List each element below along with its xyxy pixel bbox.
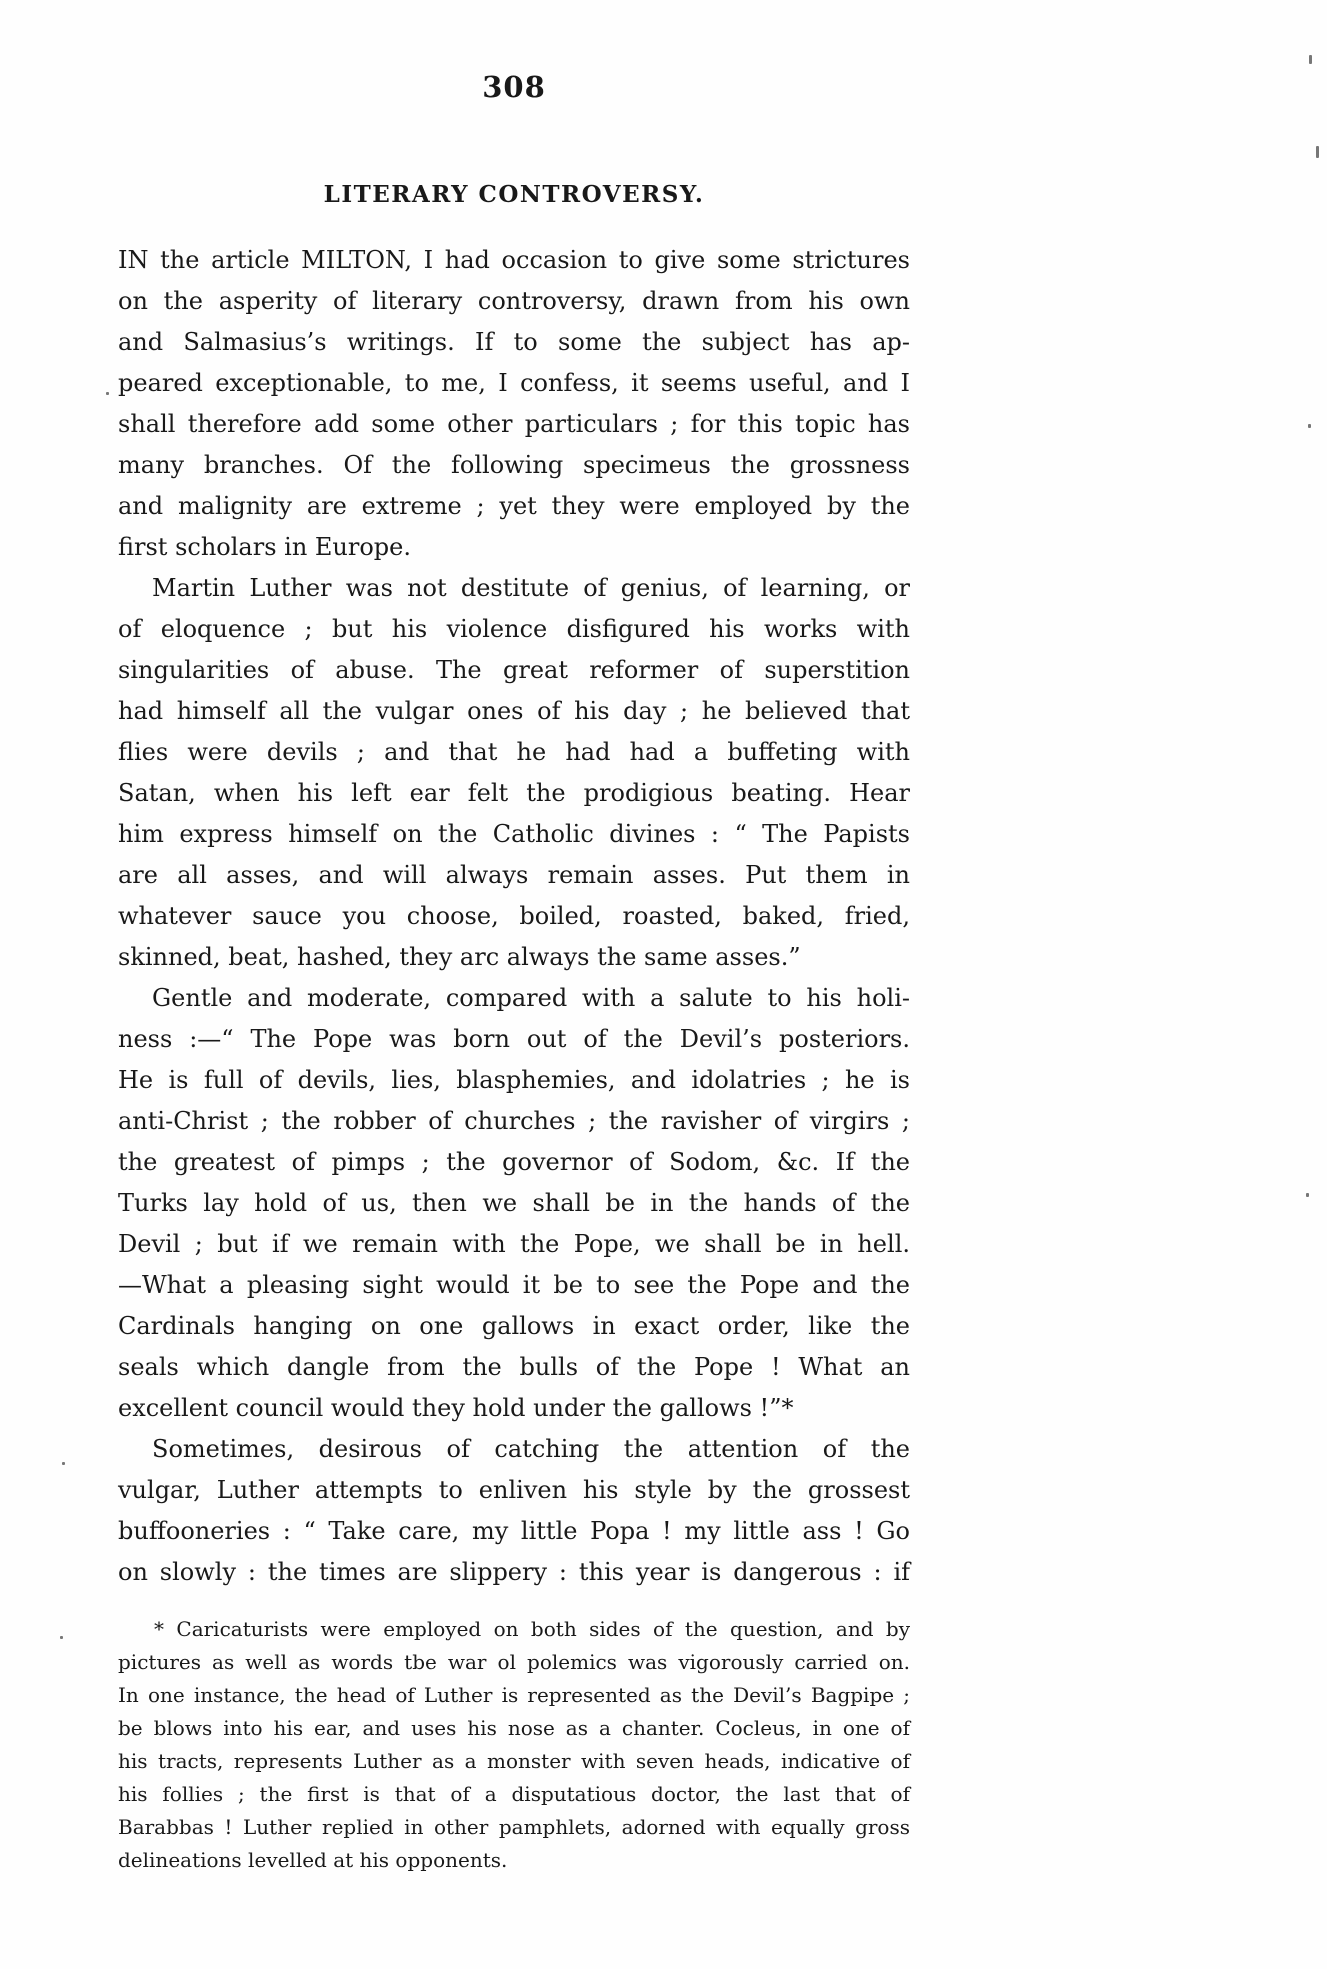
text-line: ness :—“ The Pope was born out of the De… bbox=[118, 1019, 910, 1060]
footnote: * Caricaturists were employed on both si… bbox=[118, 1613, 910, 1877]
text-line: skinned, beat, hashed, they arc always t… bbox=[118, 937, 910, 978]
text-line: Sometimes, desirous of catching the atte… bbox=[118, 1429, 910, 1470]
text-line: the greatest of pimps ; the governor of … bbox=[118, 1142, 910, 1183]
text-line: excellent council would they hold under … bbox=[118, 1388, 910, 1429]
text-line: on slowly : the times are slippery : thi… bbox=[118, 1552, 910, 1593]
text-line: Cardinals hanging on one gallows in exac… bbox=[118, 1306, 910, 1347]
text-line: Gentle and moderate, compared with a sal… bbox=[118, 978, 910, 1019]
scan-speck bbox=[1309, 55, 1312, 64]
text-line: and malignity are extreme ; yet they wer… bbox=[118, 486, 910, 527]
text-line: Devil ; but if we remain with the Pope, … bbox=[118, 1224, 910, 1265]
paragraph: IN the article MILTON, I had occasion to… bbox=[118, 240, 910, 568]
text-line: whatever sauce you choose, boiled, roast… bbox=[118, 896, 910, 937]
scan-speck bbox=[60, 1636, 63, 1639]
scan-speck bbox=[1306, 1193, 1309, 1197]
scan-speck bbox=[106, 392, 109, 395]
text-line: on the asperity of literary controversy,… bbox=[118, 281, 910, 322]
text-line: He is full of devils, lies, blasphemies,… bbox=[118, 1060, 910, 1101]
footnote-line: his follies ; the first is that of a dis… bbox=[118, 1778, 910, 1811]
text-line: vulgar, Luther attempts to enliven his s… bbox=[118, 1470, 910, 1511]
text-line: peared exceptionable, to me, I confess, … bbox=[118, 363, 910, 404]
text-line: flies were devils ; and that he had had … bbox=[118, 732, 910, 773]
footnote-line: Barabbas ! Luther replied in other pamph… bbox=[118, 1811, 910, 1844]
text-line: of eloquence ; but his violence disfigur… bbox=[118, 609, 910, 650]
text-line: Turks lay hold of us, then we shall be i… bbox=[118, 1183, 910, 1224]
text-line: —What a pleasing sight would it be to se… bbox=[118, 1265, 910, 1306]
footnote-line: his tracts, represents Luther as a monst… bbox=[118, 1745, 910, 1778]
text-line: shall therefore add some other particula… bbox=[118, 404, 910, 445]
text-line: had himself all the vulgar ones of his d… bbox=[118, 691, 910, 732]
page-title: LITERARY CONTROVERSY. bbox=[118, 182, 910, 208]
text-line: are all asses, and will always remain as… bbox=[118, 855, 910, 896]
text-line: anti-Christ ; the robber of churches ; t… bbox=[118, 1101, 910, 1142]
page-body: IN the article MILTON, I had occasion to… bbox=[118, 240, 910, 1593]
scan-speck bbox=[1316, 146, 1319, 158]
scan-speck bbox=[1308, 424, 1311, 428]
text-line: singularities of abuse. The great reform… bbox=[118, 650, 910, 691]
text-line: many branches. Of the following specimeu… bbox=[118, 445, 910, 486]
paragraph: Martin Luther was not destitute of geniu… bbox=[118, 568, 910, 978]
text-line: and Salmasius’s writings. If to some the… bbox=[118, 322, 910, 363]
text-line: him express himself on the Catholic divi… bbox=[118, 814, 910, 855]
footnote-line: * Caricaturists were employed on both si… bbox=[118, 1613, 910, 1646]
book-page: 308 LITERARY CONTROVERSY. IN the article… bbox=[0, 0, 1327, 1969]
text-line: Satan, when his left ear felt the prodig… bbox=[118, 773, 910, 814]
footnote-line: delineations levelled at his opponents. bbox=[118, 1844, 910, 1877]
paragraph: Gentle and moderate, compared with a sal… bbox=[118, 978, 910, 1429]
text-line: first scholars in Europe. bbox=[118, 527, 910, 568]
footnote-line: be blows into his ear, and uses his nose… bbox=[118, 1712, 910, 1745]
footnote-line: pictures as well as words tbe war ol pol… bbox=[118, 1646, 910, 1679]
page-number: 308 bbox=[118, 72, 910, 102]
text-line: seals which dangle from the bulls of the… bbox=[118, 1347, 910, 1388]
footnote-line: In one instance, the head of Luther is r… bbox=[118, 1679, 910, 1712]
text-line: buffooneries : “ Take care, my little Po… bbox=[118, 1511, 910, 1552]
text-line: Martin Luther was not destitute of geniu… bbox=[118, 568, 910, 609]
text-line: IN the article MILTON, I had occasion to… bbox=[118, 240, 910, 281]
paragraph: Sometimes, desirous of catching the atte… bbox=[118, 1429, 910, 1593]
scan-speck bbox=[62, 1462, 65, 1465]
